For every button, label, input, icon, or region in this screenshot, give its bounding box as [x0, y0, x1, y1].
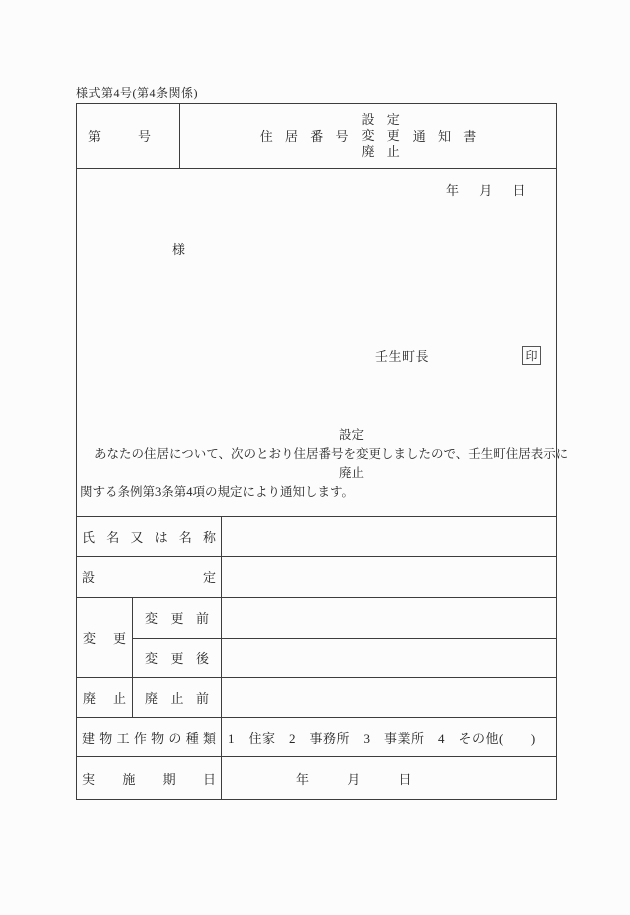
change-group-label-cell: 変 更 — [77, 598, 133, 678]
setting-label: 設 定 — [77, 567, 221, 586]
title-left-text: 住 居 番 号 — [260, 126, 349, 145]
abolition-value-cell — [222, 678, 556, 717]
change-after-label: 変 更 後 — [133, 648, 221, 667]
setting-value-cell — [222, 557, 556, 597]
change-group-row: 変 更 変 更 前 変 更 後 — [77, 598, 556, 679]
building-type-label-cell: 建 物 工 作 物 の 種 類 — [77, 718, 222, 756]
document-number-prefix: 第 — [88, 126, 101, 145]
change-before-label: 変 更 前 — [133, 608, 221, 627]
issue-date-line: 年 月 日 — [446, 180, 526, 199]
change-group-label: 変 更 — [77, 628, 132, 647]
abolition-row: 廃 止 廃 止 前 — [77, 678, 556, 718]
name-row: 氏 名 又 は 名 称 — [77, 517, 556, 557]
building-type-options: 1 住家 2 事務所 3 事業所 4 その他( ) — [222, 718, 556, 756]
title-right-text: 通 知 書 — [413, 126, 477, 145]
implementation-date-label-cell: 実 施 期 日 — [77, 757, 222, 799]
letter-body-cell: 年 月 日 様 壬生町長 印 設定 あなたの住居について、次のとおり住居番号を変… — [77, 169, 556, 517]
title-option-abolish: 廃 止 — [361, 144, 399, 160]
seal-mark: 印 — [525, 347, 537, 364]
title-option-stack: 設 定 変 更 廃 止 — [361, 112, 399, 160]
document-number-cell: 第 号 — [77, 104, 180, 168]
implementation-date-label: 実 施 期 日 — [77, 769, 221, 788]
paragraph-option-set: 設定 — [77, 426, 556, 445]
title-row: 第 号 住 居 番 号 設 定 変 更 廃 止 通 知 書 — [77, 104, 556, 169]
change-before-row: 変 更 前 — [133, 598, 556, 639]
document-number-suffix: 号 — [138, 126, 151, 145]
setting-label-cell: 設 定 — [77, 557, 222, 597]
document-title-cell: 住 居 番 号 設 定 変 更 廃 止 通 知 書 — [180, 104, 556, 168]
implementation-date-row: 実 施 期 日 年 月 日 — [77, 757, 556, 799]
change-after-row: 変 更 後 — [133, 639, 556, 678]
abolition-before-label: 廃 止 前 — [133, 688, 221, 707]
name-label: 氏 名 又 は 名 称 — [77, 527, 221, 546]
notice-paragraph: 設定 あなたの住居について、次のとおり住居番号を変更しましたので、壬生町住居表示… — [77, 426, 556, 502]
title-option-change: 変 更 — [361, 128, 399, 144]
abolition-before-label-cell: 廃 止 前 — [133, 678, 222, 717]
mayor-title: 壬生町長 — [375, 346, 429, 365]
notice-form-table: 第 号 住 居 番 号 設 定 変 更 廃 止 通 知 書 年 月 日 様 壬生… — [76, 103, 557, 800]
implementation-date-value-cell: 年 月 日 — [222, 757, 556, 799]
addressee-suffix: 様 — [172, 239, 185, 258]
abolition-group-label-cell: 廃 止 — [77, 678, 133, 717]
paragraph-closing-line: 関する条例第3条第4項の規定により通知します。 — [77, 483, 556, 502]
name-value-cell — [222, 517, 556, 556]
building-type-label: 建 物 工 作 物 の 種 類 — [77, 728, 221, 747]
form-document-page: 様式第4号(第4条関係) 第 号 住 居 番 号 設 定 変 更 廃 止 通 知… — [0, 0, 630, 915]
seal-mark-box: 印 — [522, 346, 541, 365]
form-id-label: 様式第4号(第4条関係) — [76, 84, 198, 101]
name-label-cell: 氏 名 又 は 名 称 — [77, 517, 222, 556]
building-type-row: 建 物 工 作 物 の 種 類 1 住家 2 事務所 3 事業所 4 その他( … — [77, 718, 556, 757]
change-before-label-cell: 変 更 前 — [133, 598, 222, 638]
title-option-set: 設 定 — [361, 112, 399, 128]
change-after-value-cell — [222, 639, 556, 678]
change-group-subrows: 変 更 前 変 更 後 — [133, 598, 556, 678]
paragraph-main-line: あなたの住居について、次のとおり住居番号を変更しましたので、壬生町住居表示に — [77, 445, 556, 464]
change-after-label-cell: 変 更 後 — [133, 639, 222, 678]
setting-row: 設 定 — [77, 557, 556, 598]
paragraph-option-abolish: 廃止 — [77, 464, 556, 483]
change-before-value-cell — [222, 598, 556, 638]
abolition-group-label: 廃 止 — [77, 688, 132, 707]
